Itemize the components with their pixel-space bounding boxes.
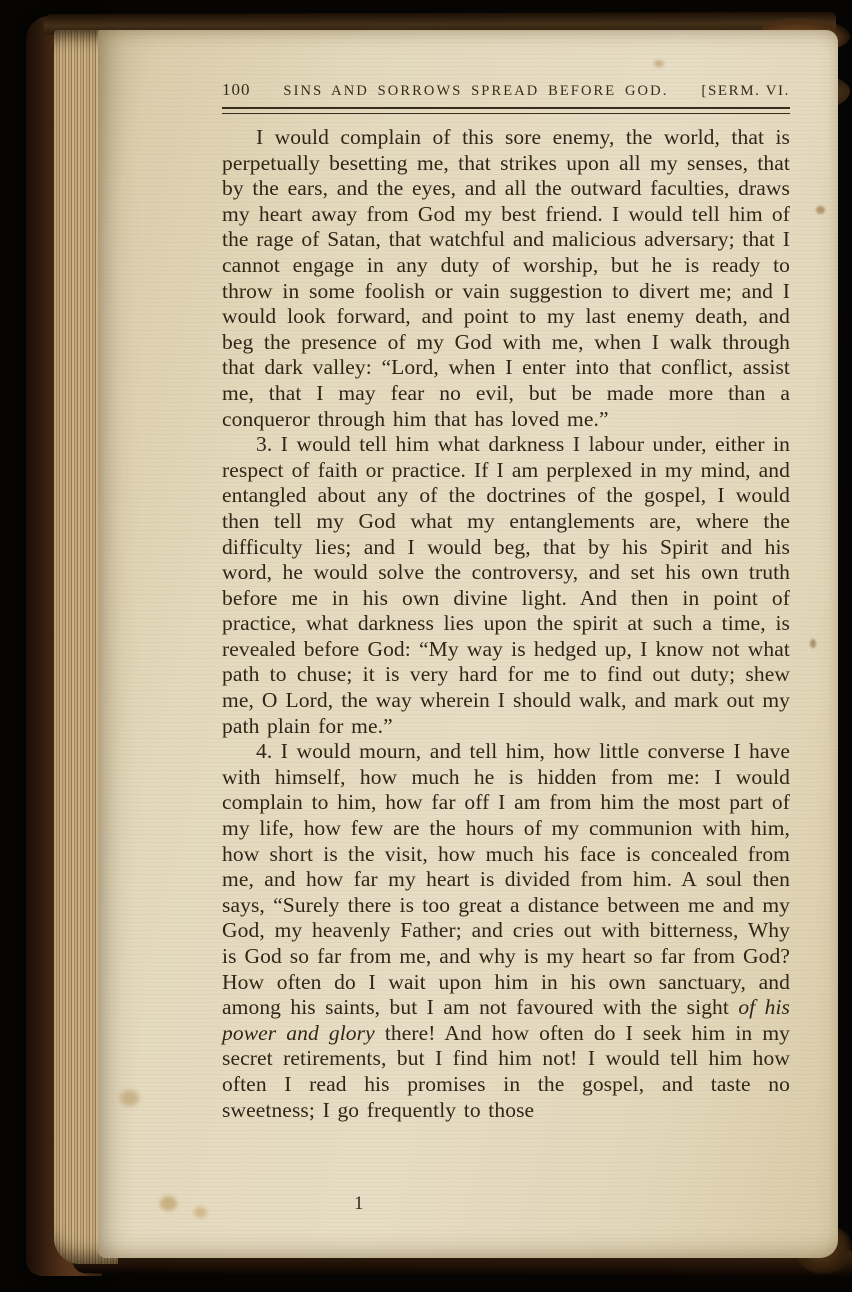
header-double-rule — [222, 107, 790, 114]
running-title: SINS AND SORROWS SPREAD BEFORE GOD. — [283, 83, 668, 100]
paragraph-3-text: 4. I would mourn, and tell him, how litt… — [222, 739, 790, 1019]
paragraph-3: 4. I would mourn, and tell him, how litt… — [222, 739, 790, 1123]
foxing-stain — [160, 1196, 177, 1211]
book-page: 100 SINS AND SORROWS SPREAD BEFORE GOD. … — [98, 30, 838, 1258]
printers-signature-mark: 1 — [354, 1193, 364, 1215]
book-photo-scene: 100 SINS AND SORROWS SPREAD BEFORE GOD. … — [0, 0, 852, 1292]
sermon-body-text: I would complain of this sore enemy, the… — [222, 125, 790, 1123]
page-number: 100 — [222, 80, 251, 100]
paragraph-1: I would complain of this sore enemy, the… — [222, 125, 790, 432]
foxing-stain — [816, 206, 825, 214]
foxing-stain — [194, 1207, 207, 1218]
foxing-stain — [654, 60, 664, 67]
sermon-section-label: [SERM. VI. — [701, 83, 790, 100]
running-head: 100 SINS AND SORROWS SPREAD BEFORE GOD. … — [222, 80, 790, 100]
paragraph-2: 3. I would tell him what darkness I labo… — [222, 432, 790, 739]
foxing-stain — [120, 1090, 139, 1106]
foxing-stain — [810, 639, 816, 648]
